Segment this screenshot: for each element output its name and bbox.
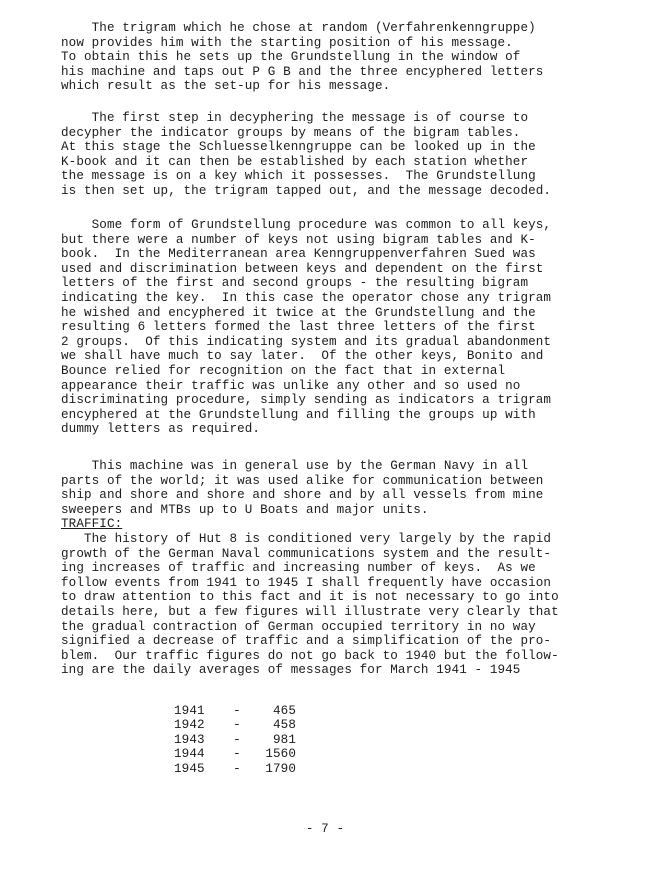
text-line: letters of the first and second groups -… [61, 276, 621, 291]
text-line: to draw attention to this fact and it is… [61, 590, 621, 605]
text-line: ship and shore and shore and shore and b… [61, 488, 621, 503]
text-line: the gradual contraction of German occupi… [61, 620, 621, 635]
value-cell: 458 [256, 718, 296, 732]
section-heading-traffic: TRAFFIC: [61, 517, 621, 532]
text-line: the message is on a key which it possess… [61, 169, 621, 184]
value-cell: 981 [256, 733, 296, 747]
separator-cell: - [218, 704, 256, 718]
text-line: Some form of Grundstellung procedure was… [61, 218, 621, 233]
value-cell: 1560 [256, 747, 296, 761]
year-cell: 1942 [174, 718, 218, 732]
text-line: parts of the world; it was used alike fo… [61, 474, 621, 489]
table-row: 1942-458 [174, 718, 296, 732]
value-cell: 465 [256, 704, 296, 718]
text-line: K-book and it can then be established by… [61, 155, 621, 170]
text-line: Bounce relied for recognition on the fac… [61, 364, 621, 379]
page-number: - 7 - [0, 822, 650, 836]
document-page: The trigram which he chose at random (Ve… [0, 0, 650, 888]
paragraph-traffic-history: The history of Hut 8 is conditioned very… [61, 532, 621, 678]
paragraph-machine-use: This machine was in general use by the G… [61, 459, 621, 517]
text-line: The first step in decyphering the messag… [61, 111, 621, 126]
text-line: decypher the indicator groups by means o… [61, 126, 621, 141]
heading-traffic: TRAFFIC: [61, 517, 621, 532]
separator-cell: - [218, 733, 256, 747]
text-line: book. In the Mediterranean area Kenngrup… [61, 247, 621, 262]
text-line: but there were a number of keys not usin… [61, 233, 621, 248]
text-line: indicating the key. In this case the ope… [61, 291, 621, 306]
text-line: dummy letters as required. [61, 422, 621, 437]
year-cell: 1945 [174, 762, 218, 776]
text-line: This machine was in general use by the G… [61, 459, 621, 474]
text-line: his machine and taps out P G B and the t… [61, 65, 621, 80]
text-line: now provides him with the starting posit… [61, 36, 621, 51]
paragraph-grundstellung: Some form of Grundstellung procedure was… [61, 218, 621, 437]
separator-cell: - [218, 718, 256, 732]
text-line: The trigram which he chose at random (Ve… [61, 21, 621, 36]
text-line: is then set up, the trigram tapped out, … [61, 184, 621, 199]
year-cell: 1944 [174, 747, 218, 761]
text-line: he wished and encyphered it twice at the… [61, 306, 621, 321]
text-line: ing increases of traffic and increasing … [61, 561, 621, 576]
text-line: resulting 6 letters formed the last thre… [61, 320, 621, 335]
table-row: 1941-465 [174, 704, 296, 718]
separator-cell: - [218, 762, 256, 776]
year-cell: 1943 [174, 733, 218, 747]
text-line: The history of Hut 8 is conditioned very… [61, 532, 621, 547]
text-line: signified a decrease of traffic and a si… [61, 634, 621, 649]
text-line: sweepers and MTBs up to U Boats and majo… [61, 503, 621, 518]
year-cell: 1941 [174, 704, 218, 718]
text-line: ing are the daily averages of messages f… [61, 663, 621, 678]
text-line: which result as the set-up for his messa… [61, 79, 621, 94]
text-line: At this stage the Schluesselkenngruppe c… [61, 140, 621, 155]
text-line: growth of the German Naval communication… [61, 547, 621, 562]
table-row: 1945-1790 [174, 762, 296, 776]
value-cell: 1790 [256, 762, 296, 776]
text-line: discriminating procedure, simply sending… [61, 393, 621, 408]
text-line: To obtain this he sets up the Grundstell… [61, 50, 621, 65]
text-line: encyphered at the Grundstellung and fill… [61, 408, 621, 423]
text-line: we shall have much to say later. Of the … [61, 349, 621, 364]
table-row: 1943-981 [174, 733, 296, 747]
table-row: 1944-1560 [174, 747, 296, 761]
text-line: 2 groups. Of this indicating system and … [61, 335, 621, 350]
separator-cell: - [218, 747, 256, 761]
paragraph-trigram: The trigram which he chose at random (Ve… [61, 21, 621, 94]
text-line: blem. Our traffic figures do not go back… [61, 649, 621, 664]
text-line: details here, but a few figures will ill… [61, 605, 621, 620]
paragraph-decyphering: The first step in decyphering the messag… [61, 111, 621, 199]
text-line: appearance their traffic was unlike any … [61, 379, 621, 394]
traffic-figures-table: 1941-4651942-4581943-9811944-15601945-17… [174, 704, 296, 776]
text-line: follow events from 1941 to 1945 I shall … [61, 576, 621, 591]
text-line: used and discrimination between keys and… [61, 262, 621, 277]
